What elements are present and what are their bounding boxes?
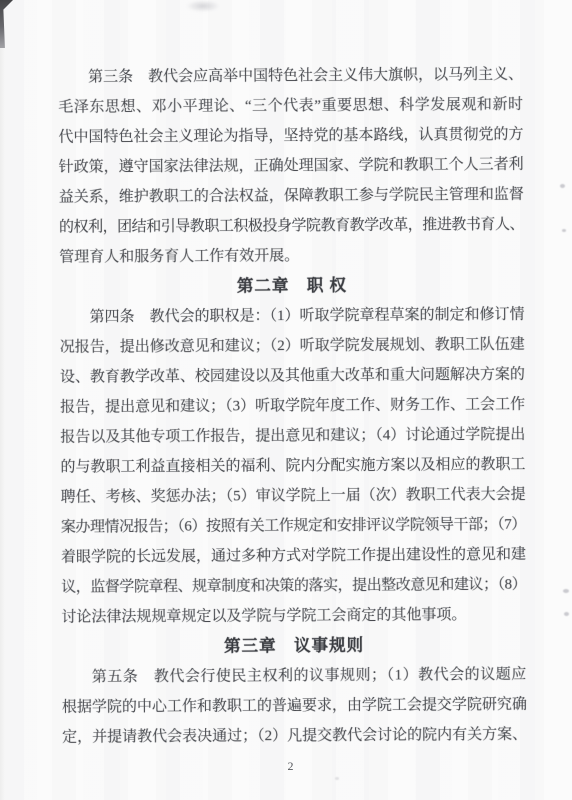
chapter-heading: 第二章 职 权 [59, 270, 524, 303]
text-line: 报告以及其他专项工作报告，提出意见和建议；（4）讨论通过学院提出 [60, 420, 525, 453]
text-line: 管理育人和服务育人工作有效开展。 [59, 240, 524, 273]
text-line: 第三条 教代会应高举中国特色社会主义伟大旗帜，以马列主义、 [58, 60, 523, 93]
scan-smudge-artifact [186, 0, 220, 12]
scan-speck-artifact [335, 777, 339, 780]
text-line: 第五条 教代会行使民主权利的议事规则；（1）教代会的议题应 [62, 660, 527, 693]
scan-speck-artifact [563, 589, 569, 593]
text-line: 报告，提出意见和建议；（3）听取学院年度工作、财务工作、工会工作 [60, 390, 525, 423]
text-line: 议，监督学院章程、规章制度和决策的落实，提出整改意见和建议；（8） [61, 570, 526, 603]
chapter-heading: 第三章 议事规则 [61, 630, 526, 663]
text-line: 聘任、考核、奖惩办法；（5）审议学院上一届（次）教职工代表大会提 [61, 480, 526, 513]
text-line: 的与教职工利益直接相关的福利、院内分配实施方案以及相应的教职工 [60, 450, 525, 483]
text-line: 讨论法律法规规章规定以及学院与学院工会商定的其他事项。 [61, 600, 526, 633]
text-line: 根据学院的中心工作和教职工的普遍要求，由学院工会提交学院研究确 [62, 690, 527, 723]
text-line: 第四条 教代会的职权是：（1）听取学院章程草案的制定和修订情 [59, 300, 524, 333]
scan-speck-artifact [560, 184, 565, 188]
text-line: 毛泽东思想、邓小平理论、“三个代表”重要思想、科学发展观和新时 [58, 90, 523, 123]
text-line: 代中国特色社会主义理论为指导，坚持党的基本路线，认真贯彻党的方 [58, 120, 523, 153]
scan-speck-artifact [562, 229, 566, 232]
document-lines: 第三条 教代会应高举中国特色社会主义伟大旗帜，以马列主义、毛泽东思想、邓小平理论… [58, 60, 527, 753]
text-line: 定，并提请教代会表决通过；（2）凡提交教代会讨论的院内有关方案、 [62, 720, 527, 753]
text-line: 设、教育教学改革、校园建设以及其他重大改革和重大问题解决方案的 [60, 360, 525, 393]
scan-corner-shadow-artifact [0, 0, 13, 48]
text-line: 益关系，维护教职工的合法权益，保障教职工参与学院民主管理和监督 [59, 180, 524, 213]
page-number: 2 [58, 755, 523, 777]
text-line: 案办理情况报告；（6）按照有关工作规定和安排评议学院领导干部；（7） [61, 510, 526, 543]
text-line: 着眼学院的长远发展，通过多种方式对学院工作提出建设性的意见和建 [61, 540, 526, 573]
text-line: 的权利，团结和引导教职工积极投身学院教育教学改革，推进教书育人、 [59, 210, 524, 243]
document-text: 第三条 教代会应高举中国特色社会主义伟大旗帜，以马列主义、毛泽东思想、邓小平理论… [58, 60, 527, 753]
scan-page: { "page": { "kind": "scanned-document-pa… [0, 0, 572, 800]
scan-left-edge-shadow [0, 0, 5, 800]
text-line: 况报告，提出修改意见和建议；（2）听取学院发展规划、教职工队伍建 [60, 330, 525, 363]
scan-speck-artifact [564, 612, 569, 616]
text-line: 针政策，遵守国家法律法规，正确处理国家、学院和教职工个人三者利 [59, 150, 524, 183]
